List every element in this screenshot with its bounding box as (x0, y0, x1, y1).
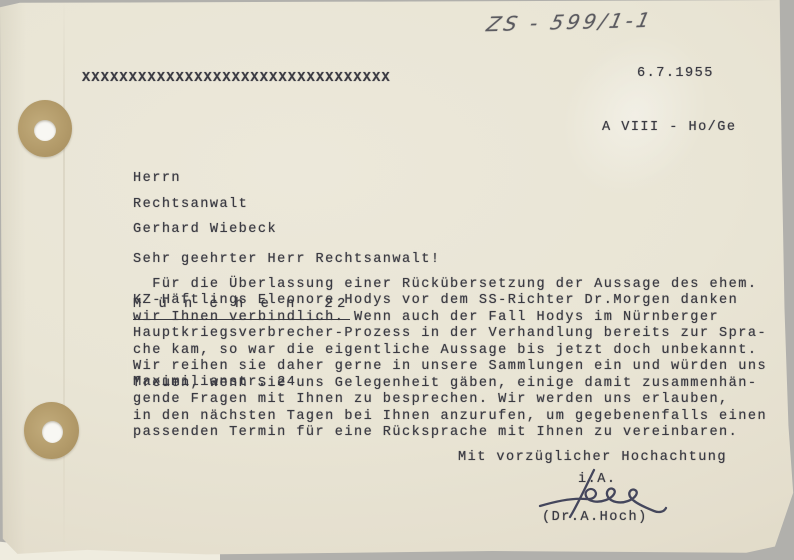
paper-edge-shading (0, 0, 26, 560)
recipient-name-lines: Herrn Rechtsanwalt Gerhard Wiebeck (133, 166, 350, 242)
scanned-letter-page: ZS - 599/1-1 XXXXXXXXXXXXXXXXXXXXXXXXXXX… (0, 0, 794, 560)
letter-date: 6.7.1955 (637, 66, 714, 81)
paper-light-streak (533, 7, 736, 223)
handwritten-archive-mark: ZS - 599/1-1 (484, 8, 655, 36)
redacted-sender-line: XXXXXXXXXXXXXXXXXXXXXXXXXXXXXXXXX (82, 71, 391, 86)
signature-typed-name: (Dr.A.Hoch) (542, 510, 648, 525)
paper-crease (63, 0, 65, 560)
letter-body: Für die Überlassung einer Rückübersetzun… (133, 277, 767, 442)
salutation: Sehr geehrter Herr Rechtsanwalt! (133, 252, 440, 267)
file-reference: A VIII - Ho/Ge (602, 120, 737, 135)
punch-hole-top (34, 120, 56, 141)
punch-hole-bottom (42, 421, 63, 443)
closing-formula: Mit vorzüglicher Hochachtung (458, 450, 727, 465)
letter-paper: ZS - 599/1-1 XXXXXXXXXXXXXXXXXXXXXXXXXXX… (0, 0, 794, 560)
